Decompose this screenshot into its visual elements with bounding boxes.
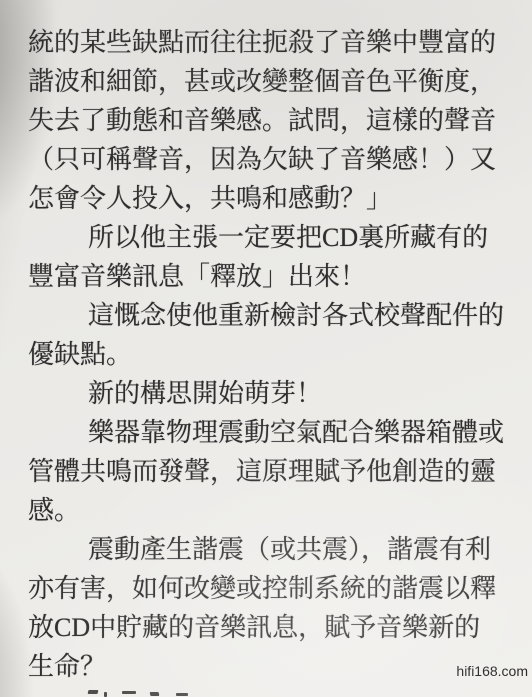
- text-line: 新的構思開始萌芽！: [88, 379, 322, 409]
- text-line: 震動產生諧震（或共震），諧震有利: [88, 535, 491, 565]
- cutoff-stroke-fragment: [104, 692, 107, 697]
- text-line: 所以他主張一定要把CD裏所藏有的: [88, 223, 488, 253]
- cutoff-stroke-fragment: [176, 693, 188, 696]
- cutoff-stroke-fragment: [88, 690, 99, 694]
- text-line: 諧波和細節，甚或改變整個音色平衡度，: [28, 67, 496, 97]
- cutoff-stroke-fragment: [150, 692, 160, 696]
- text-line: 這慨念使他重新檢討各式校聲配件的: [88, 301, 504, 331]
- text-line: 亦有害，如何改變或控制系統的諧震以釋: [28, 574, 496, 604]
- photographed-book-page: 統的某些缺點而往往扼殺了音樂中豐富的諧波和細節，甚或改變整個音色平衡度，失去了動…: [0, 0, 532, 697]
- text-line: 放CD中貯藏的音樂訊息，賦予音樂新的: [28, 613, 480, 643]
- text-line: 優缺點。: [28, 340, 132, 370]
- text-line: 管體共鳴而發聲，這原理賦予他創造的靈: [28, 457, 496, 487]
- text-line: 生命？: [28, 652, 106, 682]
- text-line: （只可稱聲音，因為欠缺了音樂感！）又: [28, 145, 496, 175]
- text-line: 樂器靠物理震動空氣配合樂器箱體或: [88, 418, 504, 448]
- text-line: 統的某些缺點而往往扼殺了音樂中豐富的: [28, 28, 496, 58]
- text-line: 失去了動態和音樂感。試問，這樣的聲音: [28, 106, 496, 136]
- text-line: 怎會令人投入，共鳴和感動？」: [28, 184, 392, 214]
- watermark: hifi168.com: [456, 663, 528, 679]
- text-line: 豐富音樂訊息「釋放」出來！: [28, 262, 366, 292]
- text-line: 感。: [28, 496, 80, 526]
- cutoff-stroke-fragment: [122, 691, 136, 694]
